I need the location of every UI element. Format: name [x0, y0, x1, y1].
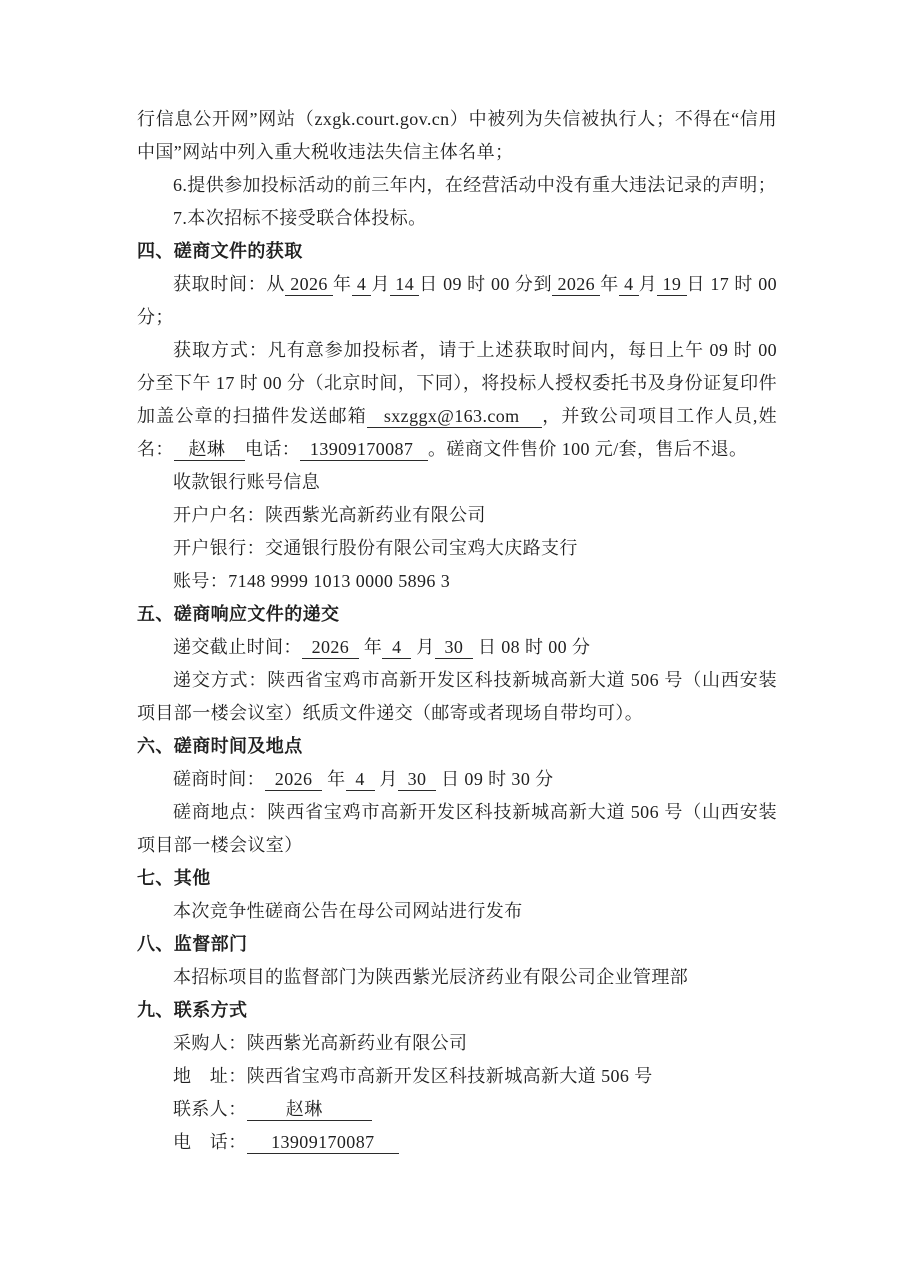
- s6-negotiation-place: 磋商地点：陕西省宝鸡市高新开发区科技新城高新大道 506 号（山西安装项目部一楼…: [137, 796, 777, 862]
- s9-address: 地 址：陕西省宝鸡市高新开发区科技新城高新大道 506 号: [137, 1060, 777, 1093]
- s5-submission-method: 递交方式：陕西省宝鸡市高新开发区科技新城高新大道 506 号（山西安装项目部一楼…: [137, 664, 777, 730]
- text-run: 电话：: [245, 439, 300, 459]
- s4-account-number: 账号：7148 9999 1013 0000 5896 3: [137, 565, 777, 598]
- text-run: 月: [371, 274, 390, 294]
- section-4-heading: 四、磋商文件的获取: [137, 235, 777, 268]
- s4-bank-info-title: 收款银行账号信息: [137, 466, 777, 499]
- text-run: 联系人：: [173, 1099, 247, 1119]
- text-run: 。磋商文件售价 100 元/套，售后不退。: [428, 439, 747, 459]
- blank-underlined-value: 赵琳: [247, 1099, 372, 1121]
- text-run: 递交截止时间：: [173, 637, 302, 657]
- s5-submission-deadline: 递交截止时间： 2026 年 4 月 30 日 08 时 00 分: [137, 631, 777, 664]
- blank-underlined-value: 19: [657, 274, 686, 296]
- blank-underlined-value: 14: [390, 274, 419, 296]
- s7-body: 本次竞争性磋商公告在母公司网站进行发布: [137, 895, 777, 928]
- text-run: 日 09 时 00 分到: [419, 274, 552, 294]
- paragraph-item-6: 6.提供参加投标活动的前三年内，在经营活动中没有重大违法记录的声明；: [137, 169, 777, 202]
- text-run: 日 08 时 00 分: [473, 637, 590, 657]
- section-8-heading: 八、监督部门: [137, 928, 777, 961]
- s6-negotiation-time: 磋商时间： 2026 年 4 月 30 日 09 时 30 分: [137, 763, 777, 796]
- blank-underlined-value: 13909170087: [300, 439, 428, 461]
- s9-buyer: 采购人：陕西紫光高新药业有限公司: [137, 1027, 777, 1060]
- blank-underlined-value: 2026: [552, 274, 600, 296]
- blank-underlined-value: 2026: [285, 274, 333, 296]
- blank-underlined-value: 4: [352, 274, 372, 296]
- text-run: 年: [322, 769, 345, 789]
- section-7-heading: 七、其他: [137, 862, 777, 895]
- document-body: 行信息公开网”网站（zxgk.court.gov.cn）中被列为失信被执行人；不…: [137, 103, 777, 1159]
- s4-obtain-time: 获取时间：从 2026 年 4 月 14 日 09 时 00 分到 2026 年…: [137, 268, 777, 334]
- blank-underlined-value: 4: [619, 274, 639, 296]
- blank-underlined-value: 2026: [302, 637, 359, 659]
- blank-underlined-value: sxzggx@163.com: [367, 406, 542, 428]
- s9-phone: 电 话： 13909170087: [137, 1126, 777, 1159]
- text-run: 月: [639, 274, 658, 294]
- blank-underlined-value: 4: [382, 637, 411, 659]
- blank-underlined-value: 30: [435, 637, 473, 659]
- blank-underlined-value: 2026: [265, 769, 322, 791]
- blank-underlined-value: 赵琳: [174, 439, 245, 461]
- section-5-heading: 五、磋商响应文件的递交: [137, 598, 777, 631]
- section-9-heading: 九、联系方式: [137, 994, 777, 1027]
- paragraph-credit-blacklist: 行信息公开网”网站（zxgk.court.gov.cn）中被列为失信被执行人；不…: [137, 103, 777, 169]
- s8-body: 本招标项目的监督部门为陕西紫光辰济药业有限公司企业管理部: [137, 961, 777, 994]
- blank-underlined-value: 30: [398, 769, 436, 791]
- text-run: 月: [411, 637, 434, 657]
- blank-underlined-value: 4: [346, 769, 375, 791]
- s4-account-name: 开户户名：陕西紫光高新药业有限公司: [137, 499, 777, 532]
- blank-underlined-value: 13909170087: [247, 1132, 399, 1154]
- text-run: 年: [600, 274, 619, 294]
- section-6-heading: 六、磋商时间及地点: [137, 730, 777, 763]
- text-run: 月: [375, 769, 398, 789]
- text-run: 电 话：: [173, 1132, 247, 1152]
- paragraph-item-7: 7.本次招标不接受联合体投标。: [137, 202, 777, 235]
- text-run: 磋商时间：: [173, 769, 265, 789]
- s9-contact-person: 联系人： 赵琳: [137, 1093, 777, 1126]
- text-run: 年: [333, 274, 352, 294]
- text-run: 日 09 时 30 分: [436, 769, 553, 789]
- text-run: 年: [359, 637, 382, 657]
- document-page: 行信息公开网”网站（zxgk.court.gov.cn）中被列为失信被执行人；不…: [0, 0, 900, 1272]
- s4-obtain-method: 获取方式：凡有意参加投标者，请于上述获取时间内，每日上午 09 时 00 分至下…: [137, 334, 777, 466]
- s4-bank-name: 开户银行：交通银行股份有限公司宝鸡大庆路支行: [137, 532, 777, 565]
- text-run: 获取时间：从: [173, 274, 285, 294]
